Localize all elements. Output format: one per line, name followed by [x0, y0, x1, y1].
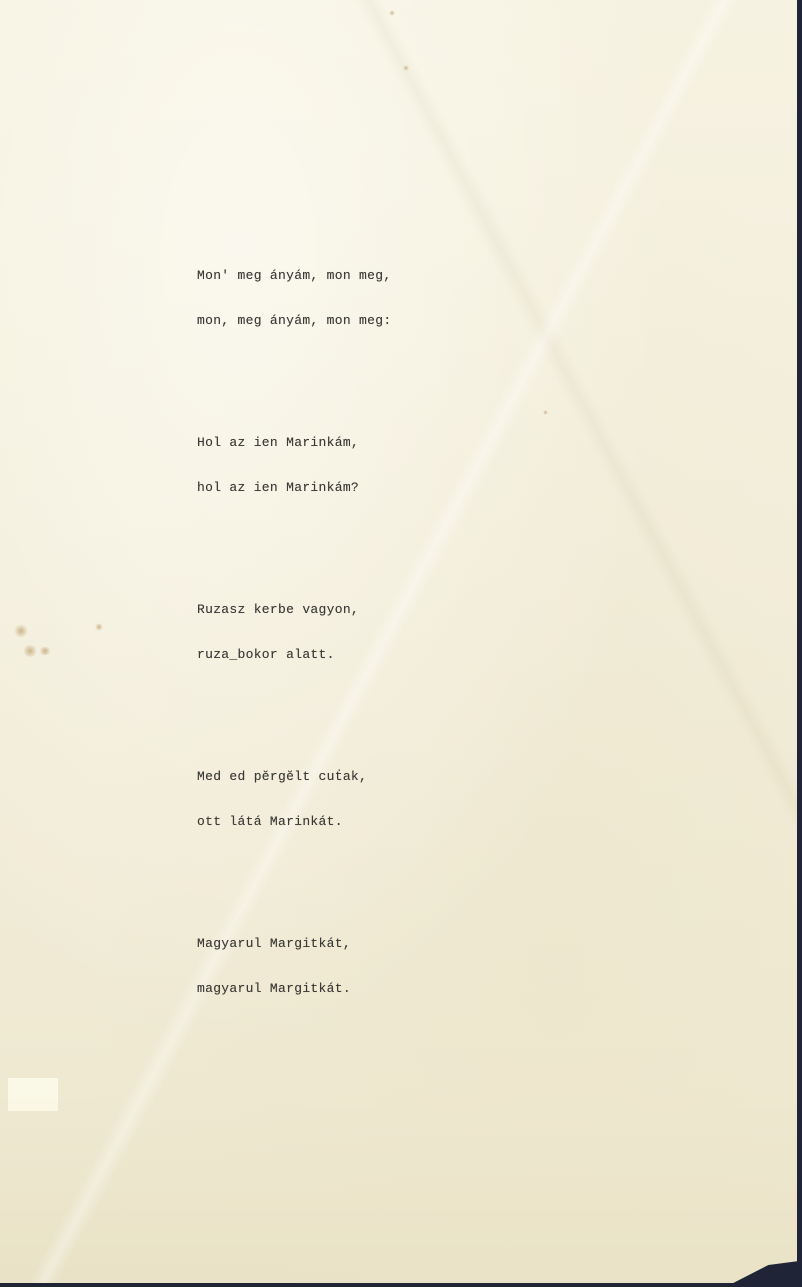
- stain-mark: [543, 410, 548, 415]
- poem-line: mon, meg ányám, mon meg:: [197, 313, 391, 328]
- stain-mark: [38, 647, 52, 655]
- stanza-5: Magyarul Margitkát, magyarul Margitkát.: [197, 906, 391, 1026]
- poem-line: magyarul Margitkát.: [197, 981, 391, 996]
- stain-mark: [22, 645, 38, 657]
- poem-line: Med ed pĕrgĕlt cuṫak,: [197, 769, 391, 784]
- poem-line: ott látá Marinkát.: [197, 814, 391, 829]
- stain-mark: [403, 65, 409, 71]
- paper-patch: [8, 1078, 58, 1111]
- stanza-2: Hol az ien Marinkám, hol az ien Marinkám…: [197, 405, 391, 525]
- poem-line: hol az ien Marinkám?: [197, 480, 391, 495]
- poem-line: Hol az ien Marinkám,: [197, 435, 391, 450]
- poem-line: Mon' meg ányám, mon meg,: [197, 268, 391, 283]
- poem-line: ruza_bokor alatt.: [197, 647, 391, 662]
- stanza-4: Med ed pĕrgĕlt cuṫak, ott látá Marinkát.: [197, 739, 391, 859]
- stain-mark: [389, 10, 395, 16]
- stanza-3: Ruzasz kerbe vagyon, ruza_bokor alatt.: [197, 572, 391, 692]
- paper-sheet: Mon' meg ányám, mon meg, mon, meg ányám,…: [0, 0, 797, 1283]
- stain-mark: [95, 623, 103, 631]
- poem-text: Mon' meg ányám, mon meg, mon, meg ányám,…: [197, 208, 391, 1073]
- stain-mark: [14, 624, 28, 638]
- stanza-1: Mon' meg ányám, mon meg, mon, meg ányám,…: [197, 238, 391, 358]
- scanned-document: Mon' meg ányám, mon meg, mon, meg ányám,…: [0, 0, 802, 1287]
- poem-line: Ruzasz kerbe vagyon,: [197, 602, 391, 617]
- poem-line: Magyarul Margitkát,: [197, 936, 391, 951]
